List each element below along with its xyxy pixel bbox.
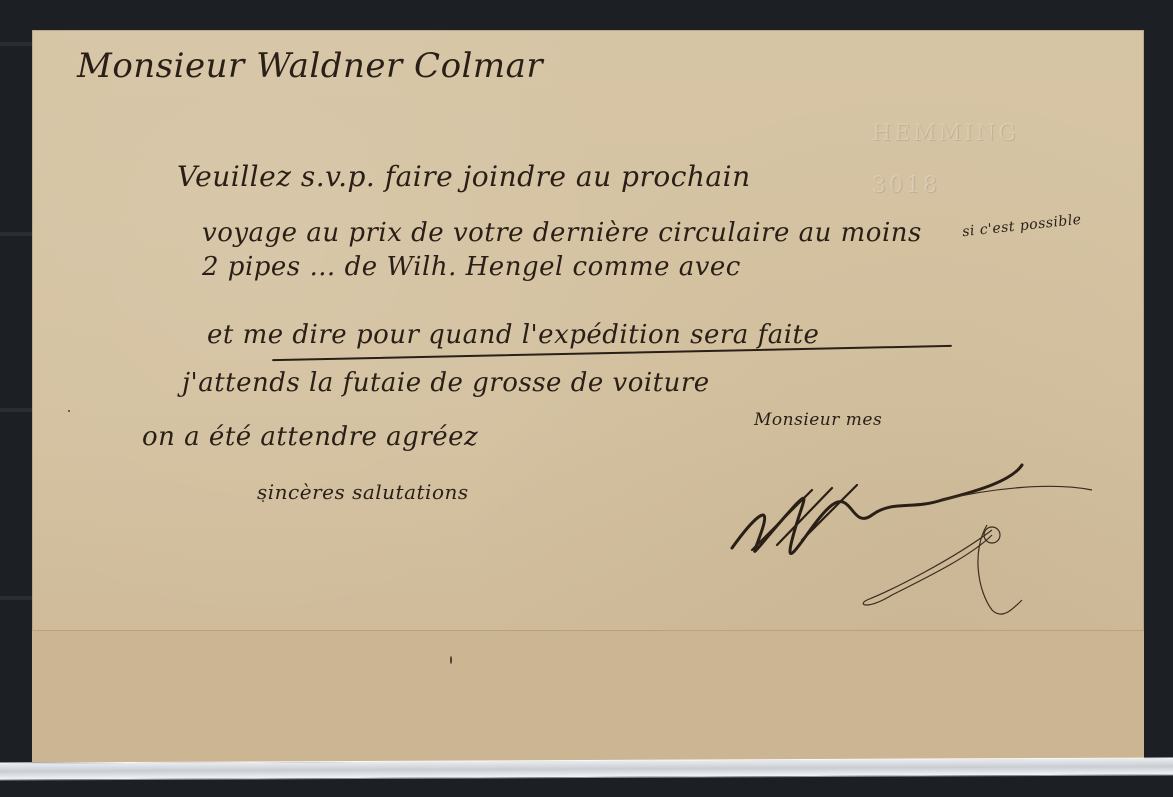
scan-canvas: HEMMING 3018 Monsieur Waldner Colmar Veu… — [0, 0, 1173, 797]
interlinear-insert: si c'est possible — [961, 212, 1082, 240]
body-line: j'attends la futaie de grosse de voiture — [182, 368, 710, 398]
ink-speck — [262, 500, 264, 502]
postcard: HEMMING 3018 Monsieur Waldner Colmar Veu… — [32, 30, 1144, 762]
body-line: Veuillez s.v.p. faire joindre au prochai… — [177, 160, 751, 193]
closing-line: sincères salutations — [257, 480, 469, 504]
mount-edge — [0, 757, 1173, 780]
embossed-mark: HEMMING 3018 — [872, 108, 1072, 212]
embossed-mark-line: 3018 — [872, 160, 1072, 212]
postcard-lower-band — [32, 630, 1144, 762]
body-line: on a été attendre agréez — [142, 422, 478, 452]
ink-speck — [450, 656, 452, 664]
signature-flourish-icon — [692, 460, 1122, 620]
margin-note: Monsieur mes — [754, 410, 882, 430]
body-line: et me dire pour quand l'expédition sera … — [207, 320, 819, 350]
address-line: Monsieur Waldner Colmar — [77, 46, 543, 86]
body-line: 2 pipes … de Wilh. Hengel comme avec — [202, 252, 741, 282]
ink-speck — [68, 410, 70, 412]
embossed-mark-line: HEMMING — [872, 108, 1072, 160]
body-line: voyage au prix de votre dernière circula… — [202, 218, 922, 248]
